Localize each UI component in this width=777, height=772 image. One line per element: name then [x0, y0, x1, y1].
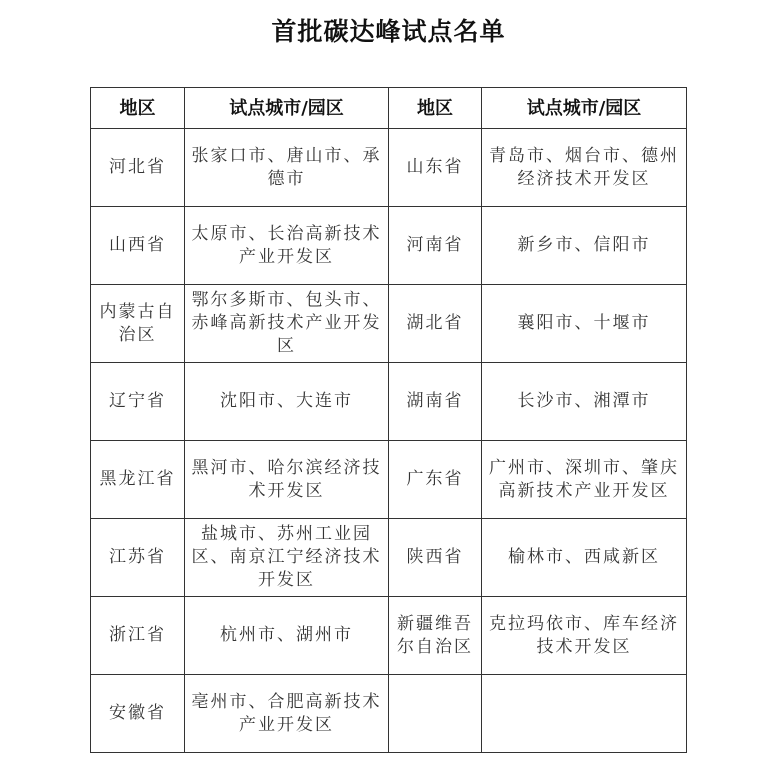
region-cell: 河北省 — [91, 129, 185, 207]
cities-cell: 张家口市、唐山市、承德市 — [185, 129, 389, 207]
empty-cell — [389, 675, 482, 753]
cities-cell: 青岛市、烟台市、德州经济技术开发区 — [482, 129, 687, 207]
header-region-right: 地区 — [389, 88, 482, 129]
region-cell: 陕西省 — [389, 519, 482, 597]
cities-cell: 杭州市、湖州市 — [185, 597, 389, 675]
table-row: 辽宁省 沈阳市、大连市 湖南省 长沙市、湘潭市 — [91, 363, 687, 441]
region-cell: 湖南省 — [389, 363, 482, 441]
region-cell: 山东省 — [389, 129, 482, 207]
region-cell: 新疆维吾尔自治区 — [389, 597, 482, 675]
cities-cell: 广州市、深圳市、肇庆高新技术产业开发区 — [482, 441, 687, 519]
cities-cell: 亳州市、合肥高新技术产业开发区 — [185, 675, 389, 753]
pilot-list-table: 地区 试点城市/园区 地区 试点城市/园区 河北省 张家口市、唐山市、承德市 山… — [90, 87, 687, 753]
table-row: 黑龙江省 黑河市、哈尔滨经济技术开发区 广东省 广州市、深圳市、肇庆高新技术产业… — [91, 441, 687, 519]
cities-cell: 黑河市、哈尔滨经济技术开发区 — [185, 441, 389, 519]
region-cell: 江苏省 — [91, 519, 185, 597]
region-cell: 辽宁省 — [91, 363, 185, 441]
document-title: 首批碳达峰试点名单 — [0, 12, 777, 48]
header-cities-left: 试点城市/园区 — [185, 88, 389, 129]
empty-cell — [482, 675, 687, 753]
table-row: 内蒙古自治区 鄂尔多斯市、包头市、赤峰高新技术产业开发区 湖北省 襄阳市、十堰市 — [91, 285, 687, 363]
cities-cell: 长沙市、湘潭市 — [482, 363, 687, 441]
header-region-left: 地区 — [91, 88, 185, 129]
table-row: 江苏省 盐城市、苏州工业园区、南京江宁经济技术开发区 陕西省 榆林市、西咸新区 — [91, 519, 687, 597]
region-cell: 湖北省 — [389, 285, 482, 363]
cities-cell: 克拉玛依市、库车经济技术开发区 — [482, 597, 687, 675]
region-cell: 河南省 — [389, 207, 482, 285]
cities-cell: 榆林市、西咸新区 — [482, 519, 687, 597]
table-header-row: 地区 试点城市/园区 地区 试点城市/园区 — [91, 88, 687, 129]
region-cell: 内蒙古自治区 — [91, 285, 185, 363]
table-row: 浙江省 杭州市、湖州市 新疆维吾尔自治区 克拉玛依市、库车经济技术开发区 — [91, 597, 687, 675]
region-cell: 黑龙江省 — [91, 441, 185, 519]
table-row: 安徽省 亳州市、合肥高新技术产业开发区 — [91, 675, 687, 753]
region-cell: 山西省 — [91, 207, 185, 285]
region-cell: 浙江省 — [91, 597, 185, 675]
cities-cell: 盐城市、苏州工业园区、南京江宁经济技术开发区 — [185, 519, 389, 597]
region-cell: 安徽省 — [91, 675, 185, 753]
cities-cell: 鄂尔多斯市、包头市、赤峰高新技术产业开发区 — [185, 285, 389, 363]
cities-cell: 新乡市、信阳市 — [482, 207, 687, 285]
table-row: 山西省 太原市、长治高新技术产业开发区 河南省 新乡市、信阳市 — [91, 207, 687, 285]
cities-cell: 襄阳市、十堰市 — [482, 285, 687, 363]
table-row: 河北省 张家口市、唐山市、承德市 山东省 青岛市、烟台市、德州经济技术开发区 — [91, 129, 687, 207]
cities-cell: 沈阳市、大连市 — [185, 363, 389, 441]
region-cell: 广东省 — [389, 441, 482, 519]
header-cities-right: 试点城市/园区 — [482, 88, 687, 129]
cities-cell: 太原市、长治高新技术产业开发区 — [185, 207, 389, 285]
